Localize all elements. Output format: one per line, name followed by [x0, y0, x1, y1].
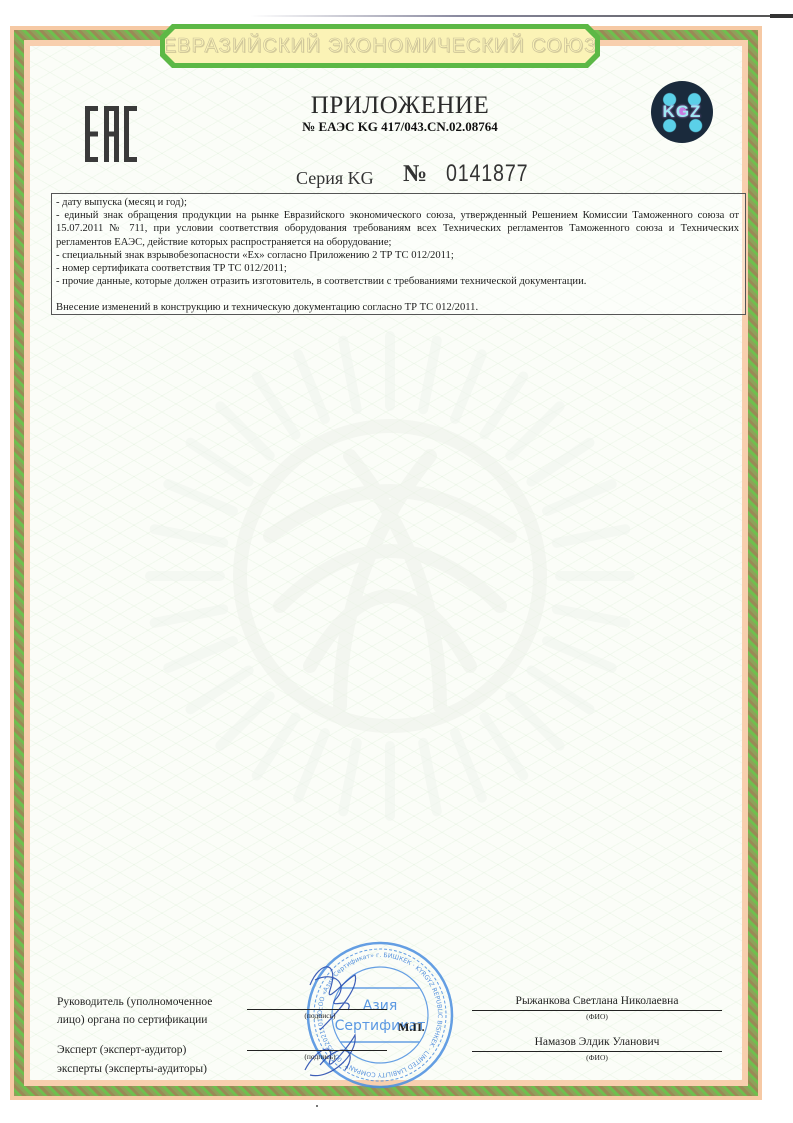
scan-edge-mark [770, 14, 793, 18]
document-title: ПРИЛОЖЕНИЕ [260, 92, 540, 120]
expert-name: Намазов Элдик Уланович [472, 1036, 722, 1048]
scan-speck [316, 1105, 318, 1107]
content-line: - специальный знак взрывобезопасности «E… [56, 249, 739, 262]
hologram-text: KGZ [663, 102, 702, 122]
scan-edge [250, 15, 770, 17]
content-line: - единый знак обращения продукции на рын… [56, 209, 739, 249]
expert-name-caption: (ФИО) [472, 1053, 722, 1062]
head-label-line2: лицо) органа по сертификации [57, 1009, 207, 1031]
number-sign: № [403, 161, 427, 188]
content-line: - дату выпуска (месяц и год); [56, 196, 739, 209]
head-name-line [472, 1010, 722, 1011]
banner-title: ЕВРАЗИЙСКИЙ ЭКОНОМИЧЕСКИЙ СОЮЗ [163, 35, 597, 58]
appendix-content: - дату выпуска (месяц и год); - единый з… [51, 193, 746, 315]
series-label: Серия KG [296, 168, 374, 189]
content-line: - прочие данные, которые должен отразить… [56, 275, 739, 288]
expert-label-line2: эксперты (эксперты-аудиторы) [57, 1058, 207, 1080]
banner: ЕВРАЗИЙСКИЙ ЭКОНОМИЧЕСКИЙ СОЮЗ [165, 29, 595, 63]
content-line: - номер сертификата соответствия ТР ТС 0… [56, 262, 739, 275]
series-number: 0141877 [446, 160, 528, 188]
certificate-number: № ЕАЭС KG 417/043.CN.02.08764 [240, 119, 560, 135]
hologram-seal-icon: KGZ [651, 81, 713, 143]
stamp-line1: Азия [363, 998, 398, 1014]
stamp-place-label: М.П. [398, 1020, 425, 1035]
eac-mark-icon [85, 106, 137, 162]
expert-signature-line [247, 1050, 387, 1051]
content-footer-note: Внесение изменений в конструкцию и техни… [56, 301, 739, 314]
head-signature-line [247, 1009, 387, 1010]
expert-signature-caption: (подпись) [300, 1052, 340, 1061]
head-name-caption: (ФИО) [472, 1012, 722, 1021]
watermark-emblem-icon [140, 326, 640, 826]
expert-name-line [472, 1051, 722, 1052]
head-signature-caption: (подпись) [300, 1011, 340, 1020]
head-name: Рыжанкова Светлана Николаевна [472, 995, 722, 1007]
